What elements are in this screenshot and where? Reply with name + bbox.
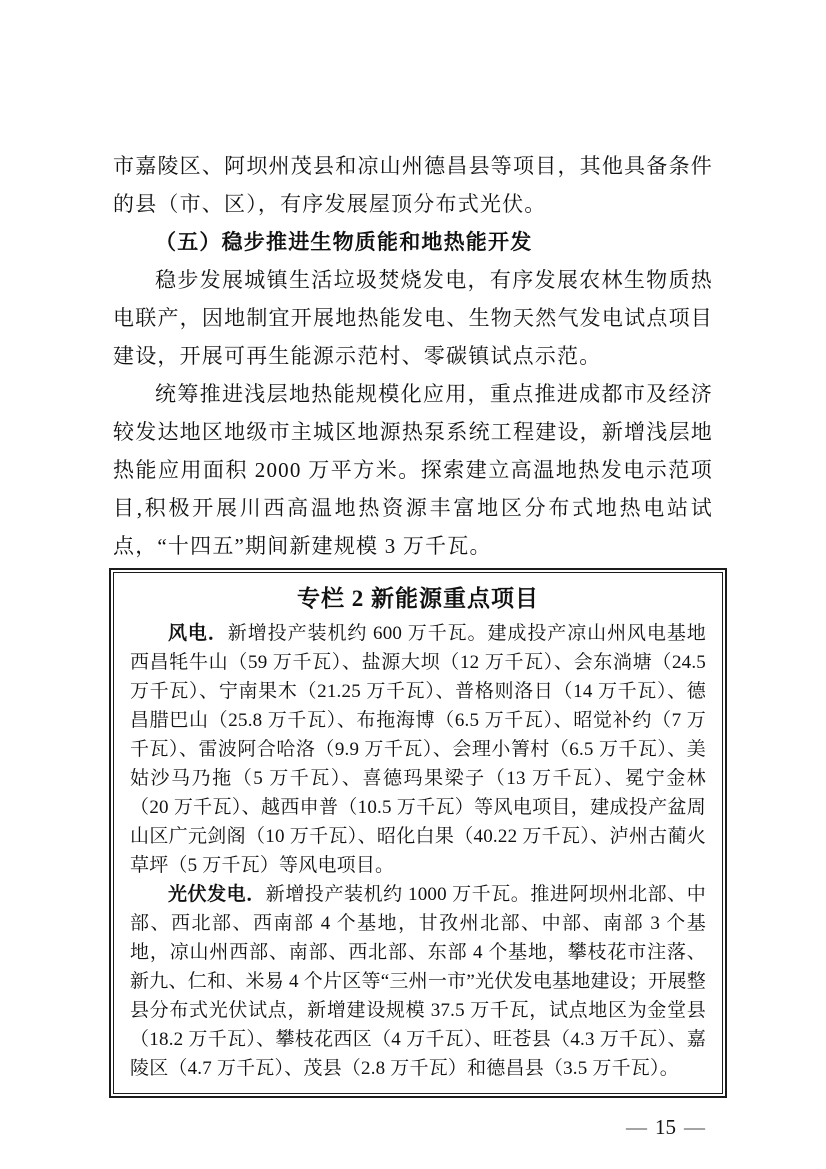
- box-paragraph-photovoltaic: 光伏发电．新增投产装机约 1000 万千瓦。推进阿坝州北部、中部、西北部、西南部…: [130, 880, 706, 1083]
- section-heading-five: （五）稳步推进生物质能和地热能开发: [113, 223, 713, 261]
- document-page: 市嘉陵区、阿坝州茂县和凉山州德昌县等项目，其他具备条件的县（市、区），有序发展屋…: [0, 0, 826, 1169]
- paragraph-geothermal: 统筹推进浅层地热能规模化应用，重点推进成都市及经济较发达地区地级市主城区地源热泵…: [113, 375, 713, 565]
- column-box-2: 专栏 2 新能源重点项目 风电．新增投产装机约 600 万千瓦。建成投产凉山州风…: [109, 568, 727, 1098]
- wind-power-label: 风电．: [168, 623, 228, 644]
- box-paragraph-wind: 风电．新增投产装机约 600 万千瓦。建成投产凉山州风电基地西昌牦牛山（59 万…: [130, 619, 706, 880]
- footer-dash-left: —: [618, 1115, 655, 1139]
- photovoltaic-label: 光伏发电．: [168, 884, 266, 905]
- paragraph-biomass: 稳步发展城镇生活垃圾焚烧发电，有序发展农林生物质热电联产，因地制宜开展地热能发电…: [113, 261, 713, 375]
- photovoltaic-text: 新增投产装机约 1000 万千瓦。推进阿坝州北部、中部、西北部、西南部 4 个基…: [130, 884, 706, 1079]
- column-box-2-inner: 专栏 2 新能源重点项目 风电．新增投产装机约 600 万千瓦。建成投产凉山州风…: [113, 572, 723, 1094]
- page-number: 15: [655, 1115, 676, 1139]
- page-footer: —15—: [113, 1112, 713, 1142]
- column-box-title: 专栏 2 新能源重点项目: [130, 582, 706, 616]
- footer-dash-right: —: [676, 1115, 713, 1139]
- page-content: 市嘉陵区、阿坝州茂县和凉山州德昌县等项目，其他具备条件的县（市、区），有序发展屋…: [113, 0, 713, 1098]
- wind-power-text: 新增投产装机约 600 万千瓦。建成投产凉山州风电基地西昌牦牛山（59 万千瓦）…: [130, 623, 706, 876]
- paragraph-continuation: 市嘉陵区、阿坝州茂县和凉山州德昌县等项目，其他具备条件的县（市、区），有序发展屋…: [113, 147, 713, 223]
